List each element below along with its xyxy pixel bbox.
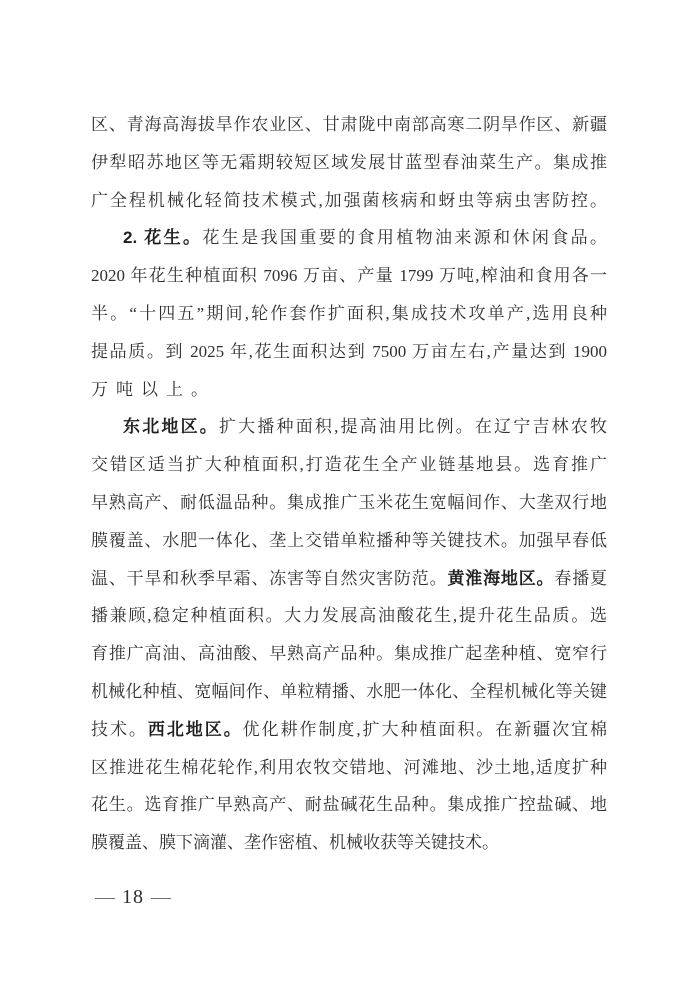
- text-line: 早熟高产、耐低温品种。集成推广玉米花生宽幅间作、大垄双行地: [91, 484, 607, 522]
- text-run: 膜覆盖、膜下滴灌、垄作密植、机械收获等关键技术。: [91, 833, 499, 852]
- text-line: 伊犁昭苏地区等无霜期较短区域发展甘蓝型春油菜生产。集成推: [91, 144, 607, 182]
- text-run: 伊犁昭苏地区等无霜期较短区域发展甘蓝型春油菜生产。集成推: [91, 153, 607, 172]
- text-run: 区推进花生棉花轮作,利用农牧交错地、河滩地、沙土地,适度扩种: [91, 758, 607, 777]
- text-line: 2020 年花生种植面积 7096 万亩、产量 1799 万吨,榨油和食用各一: [91, 257, 607, 295]
- text-line: 交错区适当扩大种植面积,打造花生全产业链基地县。选育推广: [91, 446, 607, 484]
- text-run: 技术。: [91, 720, 148, 739]
- text-line: 半。“十四五”期间,轮作套作扩面积,集成技术攻单产,选用良种: [91, 295, 607, 333]
- text-line: 机械化种植、宽幅间作、单粒精播、水肥一体化、全程机械化等关键: [91, 673, 607, 711]
- text-line: 膜覆盖、膜下滴灌、垄作密植、机械收获等关键技术。: [91, 824, 607, 862]
- document-page: 区、青海高海拔旱作农业区、甘肃陇中南部高寒二阴旱作区、新疆伊犁昭苏地区等无霜期较…: [0, 0, 700, 990]
- text-run: 万吨以上。: [91, 380, 216, 399]
- text-line: 播兼顾,稳定种植面积。大力发展高油酸花生,提升花生品质。选: [91, 597, 607, 635]
- body-text: 区、青海高海拔旱作农业区、甘肃陇中南部高寒二阴旱作区、新疆伊犁昭苏地区等无霜期较…: [91, 106, 607, 862]
- text-line: 区推进花生棉花轮作,利用农牧交错地、河滩地、沙土地,适度扩种: [91, 749, 607, 787]
- bold-run: 2. 花生。: [123, 228, 202, 247]
- text-run: 春播夏: [554, 569, 607, 588]
- bold-run: 黄淮海地区。: [447, 569, 554, 588]
- text-run: 膜覆盖、水肥一体化、垄上交错单粒播种等关键技术。加强早春低: [91, 531, 607, 550]
- text-run: 机械化种植、宽幅间作、单粒精播、水肥一体化、全程机械化等关键: [91, 682, 607, 701]
- text-run: 区、青海高海拔旱作农业区、甘肃陇中南部高寒二阴旱作区、新疆: [91, 115, 607, 134]
- text-run: 育推广高油、高油酸、早熟高产品种。集成推广起垄种植、宽窄行: [91, 644, 607, 663]
- text-line: 花生。选育推广早熟高产、耐盐碱花生品种。集成推广控盐碱、地: [91, 786, 607, 824]
- text-run: 提品质。到 2025 年,花生面积达到 7500 万亩左右,产量达到 1900: [91, 342, 607, 361]
- text-run: 扩大播种面积,提高油用比例。在辽宁吉林农牧: [219, 417, 607, 436]
- text-run: 2020 年花生种植面积 7096 万亩、产量 1799 万吨,榨油和食用各一: [91, 266, 607, 285]
- text-run: 早熟高产、耐低温品种。集成推广玉米花生宽幅间作、大垄双行地: [91, 493, 607, 512]
- text-run: 优化耕作制度,扩大种植面积。在新疆次宜棉: [243, 720, 607, 739]
- text-line: 温、干旱和秋季早霜、冻害等自然灾害防范。黄淮海地区。春播夏: [91, 560, 607, 598]
- text-line: 东北地区。扩大播种面积,提高油用比例。在辽宁吉林农牧: [91, 408, 607, 446]
- footer-dash-left: —: [95, 887, 115, 907]
- text-line: 万吨以上。: [91, 371, 607, 409]
- text-run: 播兼顾,稳定种植面积。大力发展高油酸花生,提升花生品质。选: [91, 606, 607, 625]
- text-run: 广全程机械化轻简技术模式,加强菌核病和蚜虫等病虫害防控。: [91, 191, 607, 210]
- bold-run: 西北地区。: [148, 720, 243, 739]
- footer-dash-right: —: [151, 887, 171, 907]
- page-number: 18: [122, 886, 144, 909]
- text-run: 花生。选育推广早熟高产、耐盐碱花生品种。集成推广控盐碱、地: [91, 795, 607, 814]
- text-line: 广全程机械化轻简技术模式,加强菌核病和蚜虫等病虫害防控。: [91, 182, 607, 220]
- page-footer: — 18 —: [95, 886, 171, 909]
- text-run: 交错区适当扩大种植面积,打造花生全产业链基地县。选育推广: [91, 455, 607, 474]
- text-run: 温、干旱和秋季早霜、冻害等自然灾害防范。: [91, 569, 447, 588]
- text-line: 提品质。到 2025 年,花生面积达到 7500 万亩左右,产量达到 1900: [91, 333, 607, 371]
- text-line: 2. 花生。花生是我国重要的食用植物油来源和休闲食品。: [91, 219, 607, 257]
- text-line: 区、青海高海拔旱作农业区、甘肃陇中南部高寒二阴旱作区、新疆: [91, 106, 607, 144]
- text-run: 花生是我国重要的食用植物油来源和休闲食品。: [202, 228, 607, 247]
- text-line: 育推广高油、高油酸、早熟高产品种。集成推广起垄种植、宽窄行: [91, 635, 607, 673]
- text-run: 半。“十四五”期间,轮作套作扩面积,集成技术攻单产,选用良种: [91, 304, 607, 323]
- bold-run: 东北地区。: [123, 417, 219, 436]
- text-line: 膜覆盖、水肥一体化、垄上交错单粒播种等关键技术。加强早春低: [91, 522, 607, 560]
- text-line: 技术。西北地区。优化耕作制度,扩大种植面积。在新疆次宜棉: [91, 711, 607, 749]
